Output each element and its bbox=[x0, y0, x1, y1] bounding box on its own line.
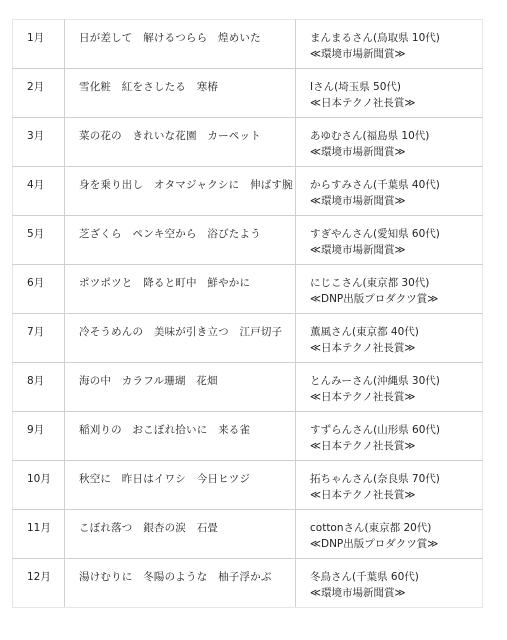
haiku-cell: 湯けむりに 冬陽のような 柚子浮かぶ bbox=[65, 559, 296, 608]
table-row: 1月 日が差して 解けるつらら 煌めいた まんまるさん(鳥取県 10代) ≪環境… bbox=[13, 20, 483, 69]
author-cell: すぎやんさん(愛知県 60代) ≪環境市場新聞賞≫ bbox=[296, 216, 483, 265]
haiku-text: 冷そうめんの 美味が引き立つ 江戸切子 bbox=[79, 324, 295, 340]
author-cell: cottonさん(東京都 20代) ≪DNP出版プロダクツ賞≫ bbox=[296, 510, 483, 559]
month-cell: 12月 bbox=[13, 559, 65, 608]
month-cell: 11月 bbox=[13, 510, 65, 559]
haiku-text: 雪化粧 紅をさしたる 寒椿 bbox=[79, 79, 295, 95]
haiku-text: 稲刈りの おこぼれ拾いに 来る雀 bbox=[79, 422, 295, 438]
month-cell: 1月 bbox=[13, 20, 65, 69]
author-name: あゆむさん(福島県 10代) bbox=[310, 128, 482, 144]
haiku-text: 日が差して 解けるつらら 煌めいた bbox=[79, 30, 295, 46]
month-cell: 6月 bbox=[13, 265, 65, 314]
table-row: 4月 身を乗り出し オタマジャクシに 伸ばす腕 からすみさん(千葉県 40代) … bbox=[13, 167, 483, 216]
month-cell: 2月 bbox=[13, 69, 65, 118]
haiku-cell: 雪化粧 紅をさしたる 寒椿 bbox=[65, 69, 296, 118]
month-label: 12月 bbox=[27, 569, 64, 585]
award-name: ≪日本テクノ社長賞≫ bbox=[310, 438, 482, 454]
author-name: すずらんさん(山形県 60代) bbox=[310, 422, 482, 438]
haiku-text: 身を乗り出し オタマジャクシに 伸ばす腕 bbox=[79, 177, 295, 193]
award-name: ≪日本テクノ社長賞≫ bbox=[310, 95, 482, 111]
table-row: 3月 菜の花の きれいな花園 カーペット あゆむさん(福島県 10代) ≪環境市… bbox=[13, 118, 483, 167]
haiku-cell: 日が差して 解けるつらら 煌めいた bbox=[65, 20, 296, 69]
table-row: 9月 稲刈りの おこぼれ拾いに 来る雀 すずらんさん(山形県 60代) ≪日本テ… bbox=[13, 412, 483, 461]
author-name: 冬鳥さん(千葉県 60代) bbox=[310, 569, 482, 585]
author-name: すぎやんさん(愛知県 60代) bbox=[310, 226, 482, 242]
table-row: 6月 ポツポツと 降ると町中 鮮やかに にじこさん(東京都 30代) ≪DNP出… bbox=[13, 265, 483, 314]
award-name: ≪DNP出版プロダクツ賞≫ bbox=[310, 536, 482, 552]
author-name: Iさん(埼玉県 50代) bbox=[310, 79, 482, 95]
author-cell: あゆむさん(福島県 10代) ≪環境市場新聞賞≫ bbox=[296, 118, 483, 167]
haiku-cell: 身を乗り出し オタマジャクシに 伸ばす腕 bbox=[65, 167, 296, 216]
table-row: 8月 海の中 カラフル珊瑚 花畑 とんみーさん(沖縄県 30代) ≪日本テクノ社… bbox=[13, 363, 483, 412]
award-name: ≪環境市場新聞賞≫ bbox=[310, 242, 482, 258]
month-cell: 8月 bbox=[13, 363, 65, 412]
award-name: ≪環境市場新聞賞≫ bbox=[310, 46, 482, 62]
author-name: 薫風さん(東京都 40代) bbox=[310, 324, 482, 340]
haiku-cell: こぼれ落つ 銀杏の涙 石畳 bbox=[65, 510, 296, 559]
haiku-cell: 海の中 カラフル珊瑚 花畑 bbox=[65, 363, 296, 412]
table-row: 5月 芝ざくら ペンキ空から 浴びたよう すぎやんさん(愛知県 60代) ≪環境… bbox=[13, 216, 483, 265]
haiku-text: ポツポツと 降ると町中 鮮やかに bbox=[79, 275, 295, 291]
award-name: ≪環境市場新聞賞≫ bbox=[310, 144, 482, 160]
haiku-text: 海の中 カラフル珊瑚 花畑 bbox=[79, 373, 295, 389]
table-body: 1月 日が差して 解けるつらら 煌めいた まんまるさん(鳥取県 10代) ≪環境… bbox=[13, 20, 483, 608]
haiku-text: 秋空に 昨日はイワシ 今日ヒツジ bbox=[79, 471, 295, 487]
haiku-awards-table: 1月 日が差して 解けるつらら 煌めいた まんまるさん(鳥取県 10代) ≪環境… bbox=[12, 19, 483, 608]
month-label: 8月 bbox=[27, 373, 64, 389]
haiku-text: 芝ざくら ペンキ空から 浴びたよう bbox=[79, 226, 295, 242]
month-cell: 4月 bbox=[13, 167, 65, 216]
haiku-cell: 稲刈りの おこぼれ拾いに 来る雀 bbox=[65, 412, 296, 461]
month-label: 7月 bbox=[27, 324, 64, 340]
author-name: とんみーさん(沖縄県 30代) bbox=[310, 373, 482, 389]
author-cell: 拓ちゃんさん(奈良県 70代) ≪日本テクノ社長賞≫ bbox=[296, 461, 483, 510]
month-cell: 7月 bbox=[13, 314, 65, 363]
award-name: ≪日本テクノ社長賞≫ bbox=[310, 389, 482, 405]
month-cell: 9月 bbox=[13, 412, 65, 461]
author-cell: まんまるさん(鳥取県 10代) ≪環境市場新聞賞≫ bbox=[296, 20, 483, 69]
month-cell: 10月 bbox=[13, 461, 65, 510]
month-label: 9月 bbox=[27, 422, 64, 438]
author-name: からすみさん(千葉県 40代) bbox=[310, 177, 482, 193]
author-name: cottonさん(東京都 20代) bbox=[310, 520, 482, 536]
author-cell: からすみさん(千葉県 40代) ≪環境市場新聞賞≫ bbox=[296, 167, 483, 216]
month-label: 11月 bbox=[27, 520, 64, 536]
table-row: 12月 湯けむりに 冬陽のような 柚子浮かぶ 冬鳥さん(千葉県 60代) ≪環境… bbox=[13, 559, 483, 608]
month-label: 10月 bbox=[27, 471, 64, 487]
haiku-cell: 秋空に 昨日はイワシ 今日ヒツジ bbox=[65, 461, 296, 510]
author-name: 拓ちゃんさん(奈良県 70代) bbox=[310, 471, 482, 487]
month-label: 3月 bbox=[27, 128, 64, 144]
author-cell: 冬鳥さん(千葉県 60代) ≪環境市場新聞賞≫ bbox=[296, 559, 483, 608]
table-row: 7月 冷そうめんの 美味が引き立つ 江戸切子 薫風さん(東京都 40代) ≪日本… bbox=[13, 314, 483, 363]
author-cell: Iさん(埼玉県 50代) ≪日本テクノ社長賞≫ bbox=[296, 69, 483, 118]
table-row: 10月 秋空に 昨日はイワシ 今日ヒツジ 拓ちゃんさん(奈良県 70代) ≪日本… bbox=[13, 461, 483, 510]
month-cell: 3月 bbox=[13, 118, 65, 167]
month-label: 1月 bbox=[27, 30, 64, 46]
haiku-text: 菜の花の きれいな花園 カーペット bbox=[79, 128, 295, 144]
award-name: ≪環境市場新聞賞≫ bbox=[310, 585, 482, 601]
month-label: 5月 bbox=[27, 226, 64, 242]
month-label: 2月 bbox=[27, 79, 64, 95]
author-cell: とんみーさん(沖縄県 30代) ≪日本テクノ社長賞≫ bbox=[296, 363, 483, 412]
haiku-cell: 菜の花の きれいな花園 カーペット bbox=[65, 118, 296, 167]
month-label: 4月 bbox=[27, 177, 64, 193]
award-name: ≪DNP出版プロダクツ賞≫ bbox=[310, 291, 482, 307]
author-cell: にじこさん(東京都 30代) ≪DNP出版プロダクツ賞≫ bbox=[296, 265, 483, 314]
author-cell: 薫風さん(東京都 40代) ≪日本テクノ社長賞≫ bbox=[296, 314, 483, 363]
table-row: 2月 雪化粧 紅をさしたる 寒椿 Iさん(埼玉県 50代) ≪日本テクノ社長賞≫ bbox=[13, 69, 483, 118]
table-row: 11月 こぼれ落つ 銀杏の涙 石畳 cottonさん(東京都 20代) ≪DNP… bbox=[13, 510, 483, 559]
author-name: まんまるさん(鳥取県 10代) bbox=[310, 30, 482, 46]
haiku-cell: 冷そうめんの 美味が引き立つ 江戸切子 bbox=[65, 314, 296, 363]
author-name: にじこさん(東京都 30代) bbox=[310, 275, 482, 291]
month-label: 6月 bbox=[27, 275, 64, 291]
haiku-cell: ポツポツと 降ると町中 鮮やかに bbox=[65, 265, 296, 314]
award-name: ≪日本テクノ社長賞≫ bbox=[310, 487, 482, 503]
month-cell: 5月 bbox=[13, 216, 65, 265]
award-name: ≪日本テクノ社長賞≫ bbox=[310, 340, 482, 356]
award-name: ≪環境市場新聞賞≫ bbox=[310, 193, 482, 209]
author-cell: すずらんさん(山形県 60代) ≪日本テクノ社長賞≫ bbox=[296, 412, 483, 461]
haiku-text: こぼれ落つ 銀杏の涙 石畳 bbox=[79, 520, 295, 536]
haiku-text: 湯けむりに 冬陽のような 柚子浮かぶ bbox=[79, 569, 295, 585]
haiku-cell: 芝ざくら ペンキ空から 浴びたよう bbox=[65, 216, 296, 265]
